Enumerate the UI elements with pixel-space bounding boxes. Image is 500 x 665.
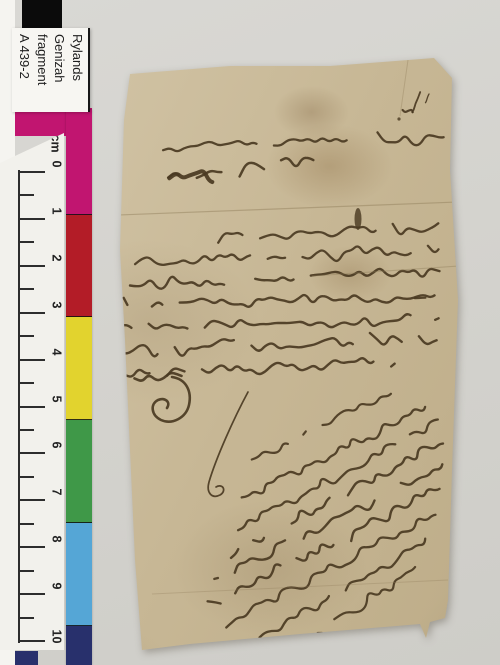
color-patch-green (66, 420, 92, 523)
manuscript-stroke (163, 132, 444, 151)
shelfmark-line: fragment (34, 34, 52, 112)
shelfmark-line: Genizah (51, 34, 69, 112)
manuscript-stroke (118, 358, 395, 376)
ruler-tick (18, 359, 45, 361)
ruler-tick (18, 171, 45, 173)
ruler-tick (18, 499, 45, 501)
manuscript-stroke (226, 515, 435, 628)
color-patch-red (66, 215, 92, 317)
manuscript-stroke (121, 314, 439, 328)
paper-crease (152, 580, 448, 594)
ruler-tick (18, 593, 45, 595)
ruler-label: 4 (49, 348, 64, 370)
ruler-tick (18, 312, 45, 314)
ruler-tick-minor (18, 288, 34, 290)
manuscript-stroke (252, 394, 391, 460)
manuscript-stroke (169, 171, 212, 182)
shelfmark-line: Rylands (69, 34, 87, 112)
ink-blot (355, 208, 362, 230)
color-patch-light-blue (66, 523, 92, 626)
ruler-label: 6 (49, 442, 64, 464)
ruler-label: 5 (49, 395, 64, 417)
shelfmark-line: A 439-2 (16, 34, 34, 112)
ruler-tick-minor (18, 382, 34, 384)
ruler-label: 0 (49, 161, 64, 183)
manuscript-stroke (412, 92, 420, 112)
manuscript-stroke (403, 110, 413, 112)
ruler-tick-minor (18, 429, 34, 431)
ink-blot (397, 117, 400, 120)
ruler-tick-minor (18, 194, 34, 196)
ruler-label: 7 (49, 489, 64, 511)
manuscript-stroke (238, 420, 438, 531)
photo-stage: Image © John Rylands Library . Mancheste… (0, 0, 500, 665)
ruler-tick-minor (18, 617, 34, 619)
ruler-tick (18, 452, 45, 454)
manuscript-stroke (124, 295, 435, 307)
paper-crease (118, 202, 458, 215)
ruler-label: 8 (49, 536, 64, 558)
manuscript-stroke (208, 392, 248, 496)
manuscript-stroke (130, 269, 440, 289)
ruler-tick-minor (18, 335, 34, 337)
manuscript-fragment-wrapper (112, 52, 462, 652)
ruler-tick (18, 265, 45, 267)
manuscript-ink (112, 52, 462, 652)
shelfmark-label: Rylands Genizah fragment A 439-2 (12, 28, 90, 112)
color-patch-navy (66, 626, 92, 665)
paper-crease (400, 60, 408, 116)
ruler-card: cm 012345678910 (0, 133, 64, 650)
manuscript-stroke (218, 223, 438, 242)
manuscript-stroke (301, 567, 415, 646)
ruler-tick-minor (18, 241, 34, 243)
ruler-unit-label: cm (48, 135, 63, 159)
manuscript-stroke (153, 377, 190, 422)
color-patch-yellow (66, 317, 92, 420)
manuscript-stroke (119, 333, 437, 356)
ruler-label: 1 (49, 207, 64, 229)
ruler-tick (18, 546, 45, 548)
color-strip (66, 110, 92, 665)
ruler-label: 10 (49, 630, 64, 652)
color-patch-magenta (66, 110, 92, 215)
shelfmark-label-text: Rylands Genizah fragment A 439-2 (12, 28, 90, 112)
ruler-tick (18, 406, 45, 408)
ruler-tick (18, 640, 45, 642)
ruler-tick-minor (18, 523, 34, 525)
ruler-label: 2 (49, 254, 64, 276)
ruler-tick-minor (18, 476, 34, 478)
ruler-label: 9 (49, 583, 64, 605)
manuscript-stroke (135, 246, 438, 265)
ruler-tick (18, 218, 45, 220)
ruler-label: 3 (49, 301, 64, 323)
manuscript-stroke (426, 94, 430, 103)
manuscript-fragment (112, 52, 462, 652)
ruler-tick-minor (18, 570, 34, 572)
